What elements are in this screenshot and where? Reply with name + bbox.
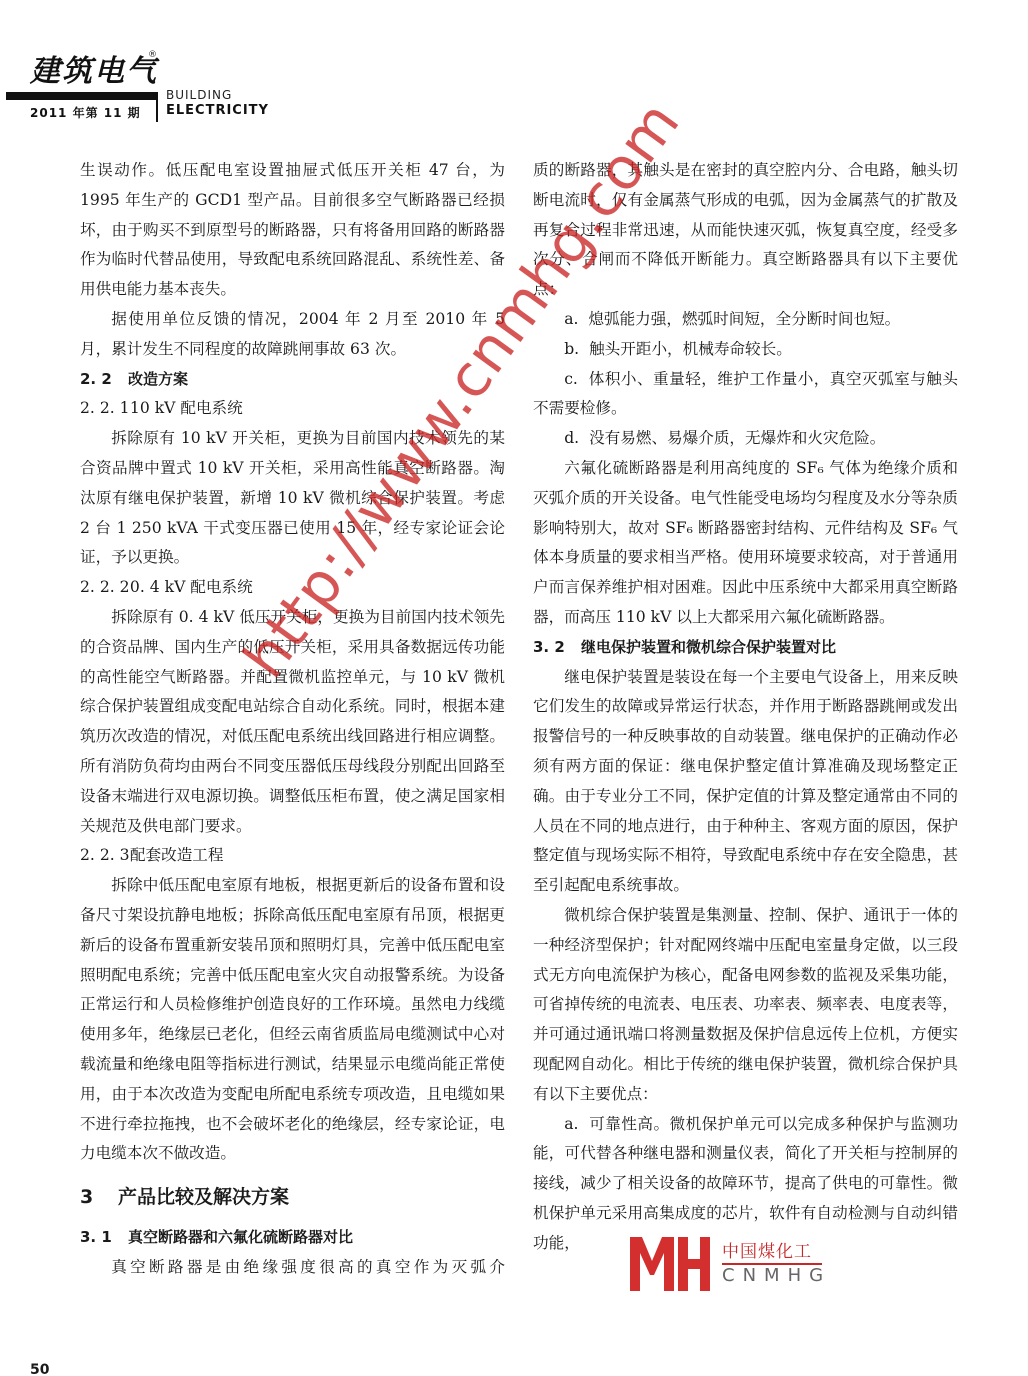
paragraph: 继电保护装置是装设在每一个主要电气设备上，用来反映它们发生的故障或异常运行状态，… — [533, 663, 958, 901]
list-marker: d. — [564, 429, 579, 447]
section-title: 0. 4 kV 配电系统 — [130, 578, 253, 596]
section-title: 配套改造工程 — [130, 846, 224, 864]
section-number: 2. 2. 2 — [80, 573, 130, 603]
list-text: 体积小、重量轻，维护工作量小，真空灭弧室与触头不需要检修。 — [533, 370, 958, 418]
list-item: c. 体积小、重量轻，维护工作量小，真空灭弧室与触头不需要检修。 — [533, 365, 958, 425]
section-number: 2. 2 — [80, 365, 128, 395]
section-heading-2-2-2: 2. 2. 20. 4 kV 配电系统 — [80, 573, 505, 603]
list-text: 熄弧能力强，燃弧时间短，全分断时间也短。 — [588, 310, 900, 328]
section-number: 3. 2 — [533, 633, 581, 663]
journal-title-cn: 建筑电气 — [30, 46, 158, 90]
section-number: 2. 2. 3 — [80, 841, 130, 871]
page-number: 50 — [30, 1362, 49, 1376]
watermark-logo-cn: 中国煤化工 — [722, 1237, 812, 1262]
section-title: 10 kV 配电系统 — [130, 399, 243, 417]
section-heading-3-2: 3. 2继电保护装置和微机综合保护装置对比 — [533, 633, 958, 663]
paragraph: 真空断路器是由绝缘强度很高的真空作为灭弧介 — [80, 1253, 505, 1283]
list-text: 可靠性高。微机保护单元可以完成多种保护与监测功能，可代替各种继电器和测量仪表，简… — [533, 1115, 958, 1252]
paragraph: 生误动作。低压配电室设置抽屉式低压开关柜 47 台，为 1995 年生产的 GC… — [80, 156, 505, 305]
section-heading-2-2: 2. 2改造方案 — [80, 365, 505, 395]
mh-logo-icon — [628, 1235, 712, 1293]
left-column: 生误动作。低压配电室设置抽屉式低压开关柜 47 台，为 1995 年生产的 GC… — [80, 156, 505, 1282]
watermark-logo: 中国煤化工 CNMHG — [628, 1235, 1008, 1295]
list-marker: c. — [564, 370, 578, 388]
section-title: 真空断路器和六氟化硫断路器对比 — [128, 1228, 353, 1246]
section-heading-3-1: 3. 1真空断路器和六氟化硫断路器对比 — [80, 1223, 505, 1253]
journal-title-en-2: ELECTRICITY — [166, 103, 269, 118]
list-text: 没有易燃、易爆介质，无爆炸和火灾危险。 — [589, 429, 885, 447]
journal-masthead: 建筑电气 ® 2011 年第 11 期 BUILDING ELECTRICITY — [0, 40, 300, 125]
right-column: 质的断路器，其触头是在密封的真空腔内分、合电路，触头切断电流时，仅有金属蒸气形成… — [533, 156, 958, 1258]
registered-mark: ® — [148, 50, 157, 60]
masthead-divider — [156, 92, 158, 122]
paragraph: 拆除原有 10 kV 开关柜，更换为目前国内技术领先的某合资品牌中置式 10 k… — [80, 424, 505, 573]
paragraph: 拆除中低压配电室原有地板，根据更新后的设备布置和设备尺寸架设抗静电地板；拆除高低… — [80, 871, 505, 1169]
list-marker: a. — [564, 1115, 578, 1133]
section-number: 3 — [80, 1183, 118, 1213]
journal-title-en-1: BUILDING — [166, 88, 232, 102]
section-number: 2. 2. 1 — [80, 394, 130, 424]
list-item: d. 没有易燃、易爆介质，无爆炸和火灾危险。 — [533, 424, 958, 454]
section-title: 继电保护装置和微机综合保护装置对比 — [581, 638, 836, 656]
paragraph: 六氟化硫断路器是利用高纯度的 SF₆ 气体为绝缘介质和灭弧介质的开关设备。电气性… — [533, 454, 958, 633]
list-marker: a. — [564, 310, 578, 328]
paragraph: 微机综合保护装置是集测量、控制、保护、通讯于一体的一种经济型保护；针对配网终端中… — [533, 901, 958, 1110]
list-text: 触头开距小，机械寿命较长。 — [589, 340, 792, 358]
section-title: 产品比较及解决方案 — [118, 1186, 289, 1208]
paragraph: 质的断路器，其触头是在密封的真空腔内分、合电路，触头切断电流时，仅有金属蒸气形成… — [533, 156, 958, 305]
masthead-rule — [6, 92, 156, 100]
paragraph: 拆除原有 0. 4 kV 低压开关柜，更换为目前国内技术领先的合资品牌、国内生产… — [80, 603, 505, 841]
list-item: b. 触头开距小，机械寿命较长。 — [533, 335, 958, 365]
section-heading-2-2-1: 2. 2. 110 kV 配电系统 — [80, 394, 505, 424]
section-title: 改造方案 — [128, 370, 188, 388]
section-heading-2-2-3: 2. 2. 3配套改造工程 — [80, 841, 505, 871]
list-item: a. 熄弧能力强，燃弧时间短，全分断时间也短。 — [533, 305, 958, 335]
list-marker: b. — [564, 340, 579, 358]
paragraph: 据使用单位反馈的情况，2004 年 2 月至 2010 年 5 月，累计发生不同… — [80, 305, 505, 365]
section-number: 3. 1 — [80, 1223, 128, 1253]
section-heading-3: 3产品比较及解决方案 — [80, 1183, 505, 1213]
issue-label: 2011 年第 11 期 — [30, 104, 141, 121]
watermark-logo-en: CNMHG — [722, 1265, 831, 1286]
